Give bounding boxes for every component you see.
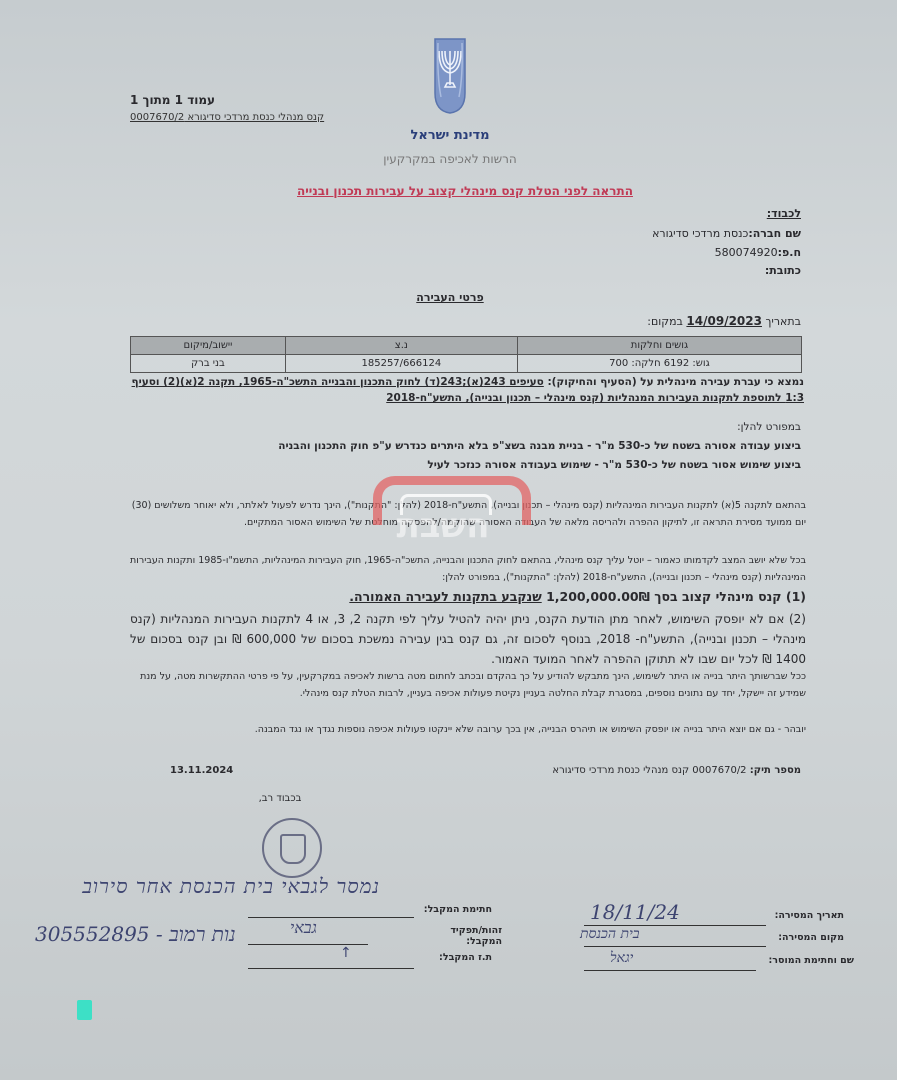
details-intro: במפורט להלן:	[737, 421, 801, 433]
document-title: התראה לפני הטלת קנס מינהלי קצוב על עבירו…	[270, 184, 660, 198]
delivery-place-label: מקום המסירה:	[764, 932, 844, 943]
company-id-line: ח.פ:580074920	[715, 246, 801, 259]
file-number: 0007670/2 קנס מנהלי כנסת מרדכי סדיגורא	[552, 765, 746, 776]
paragraph-clarification: יובהר - גם אם יוצא היתר בנייה או יופסק ה…	[130, 721, 806, 738]
deliverer-value: יגאל	[610, 950, 633, 967]
deliverer-line	[584, 970, 756, 971]
authority-name: הרשות לאכיפה במקרקעין	[340, 152, 560, 166]
col-coordinates: נ.צ	[285, 337, 517, 355]
parcels-table: גושים וחלקות נ.צ יישוב/מיקום גוש: 6192 ח…	[130, 336, 802, 373]
violation-statement: נמצא כי עברת עבירה מינהלית על (הסעיף והח…	[130, 374, 804, 406]
to-label: לכבוד:	[767, 207, 801, 220]
company-id: 580074920	[715, 246, 778, 259]
recipient-tz-label: ת.ז המקבל:	[412, 952, 492, 963]
page-count: עמוד 1 מתוך 1	[130, 93, 350, 107]
recipient-id-role-label: זהות/תפקיד המקבל:	[412, 925, 502, 947]
file-number-line: מספר תיק: 0007670/2 קנס מנהלי כנסת מרדכי…	[552, 765, 801, 776]
address-label: כתובת:	[765, 264, 801, 277]
detail-item: ביצוע עבודה אסורה בשטח של כ-530 מ"ר - בנ…	[121, 440, 801, 452]
delivery-place-value: בית הכנסת	[580, 926, 640, 943]
watermark-text: השבת	[368, 506, 518, 546]
handwritten-id: 305552895 - נות רמוב	[35, 922, 265, 947]
file-reference: קנס מנהלי כנסת מרדכי סדיגורא 0007670/2	[130, 112, 350, 123]
col-parcels: גושים וחלקות	[517, 337, 801, 355]
company-id-label: ח.פ:	[778, 246, 801, 259]
closing-regards: בכבוד רב,	[240, 793, 320, 804]
offense-date-line: בתאריך 14/09/2023 במקום:	[647, 314, 801, 328]
news-watermark: השבת	[368, 476, 518, 566]
tz-line	[248, 968, 414, 969]
company-label: שם חברה:	[748, 227, 801, 240]
state-name: מדינת ישראל	[380, 128, 520, 143]
handwritten-note: נמסר לגבאי בית הכנסת אחר סירוב	[30, 874, 380, 899]
letter-date: 13.11.2024	[170, 765, 233, 776]
teal-marker	[77, 1000, 92, 1020]
state-emblem-icon	[433, 37, 467, 115]
table-row: גוש: 6192 חלקה: 700 185257/666124 בני בר…	[131, 355, 802, 373]
fine-amount: 1,200,000.00₪	[546, 589, 650, 604]
id-role-line	[248, 944, 368, 945]
fine-2: (2) אם לא יופסק השימוש, לאחר מתן הודעת ה…	[130, 609, 806, 669]
offense-section-title: פרטי העבירה	[400, 291, 500, 304]
detail-item: ביצוע שימוש אסור בשטח של כ-530 מ"ר - שימ…	[121, 459, 801, 471]
stamp-emblem-icon	[280, 834, 306, 864]
delivery-place-line	[584, 946, 766, 947]
company-line: שם חברה:כנסת מרדכי סדיגורא	[652, 227, 801, 240]
handwritten-role: גבאי	[290, 918, 317, 938]
document-page: עמוד 1 מתוך 1 קנס מנהלי כנסת מרדכי סדיגו…	[0, 0, 897, 1080]
arrow-up-icon: ↑	[340, 945, 352, 961]
company-name: כנסת מרדכי סדיגורא	[652, 227, 748, 240]
col-location: יישוב/מיקום	[131, 337, 286, 355]
fine-1: (1) קנס מינהלי קצוב בסך 1,200,000.00₪ שנ…	[130, 589, 806, 604]
delivery-date-label: תאריך המסירה:	[764, 910, 844, 921]
offense-date: 14/09/2023	[686, 314, 762, 328]
recipient-signature-label: חתימת המקבל:	[412, 904, 492, 915]
paragraph-permit-notice: ככל שברשותך היתר בנייה או היתר לשימוש, ה…	[130, 668, 806, 702]
official-stamp-icon	[262, 818, 322, 878]
address-line: כתובת:	[765, 264, 801, 277]
delivery-date-value: 18/11/24	[590, 900, 680, 924]
signature-line	[248, 917, 414, 918]
deliverer-label: שם וחתימת המוסר:	[754, 955, 854, 966]
